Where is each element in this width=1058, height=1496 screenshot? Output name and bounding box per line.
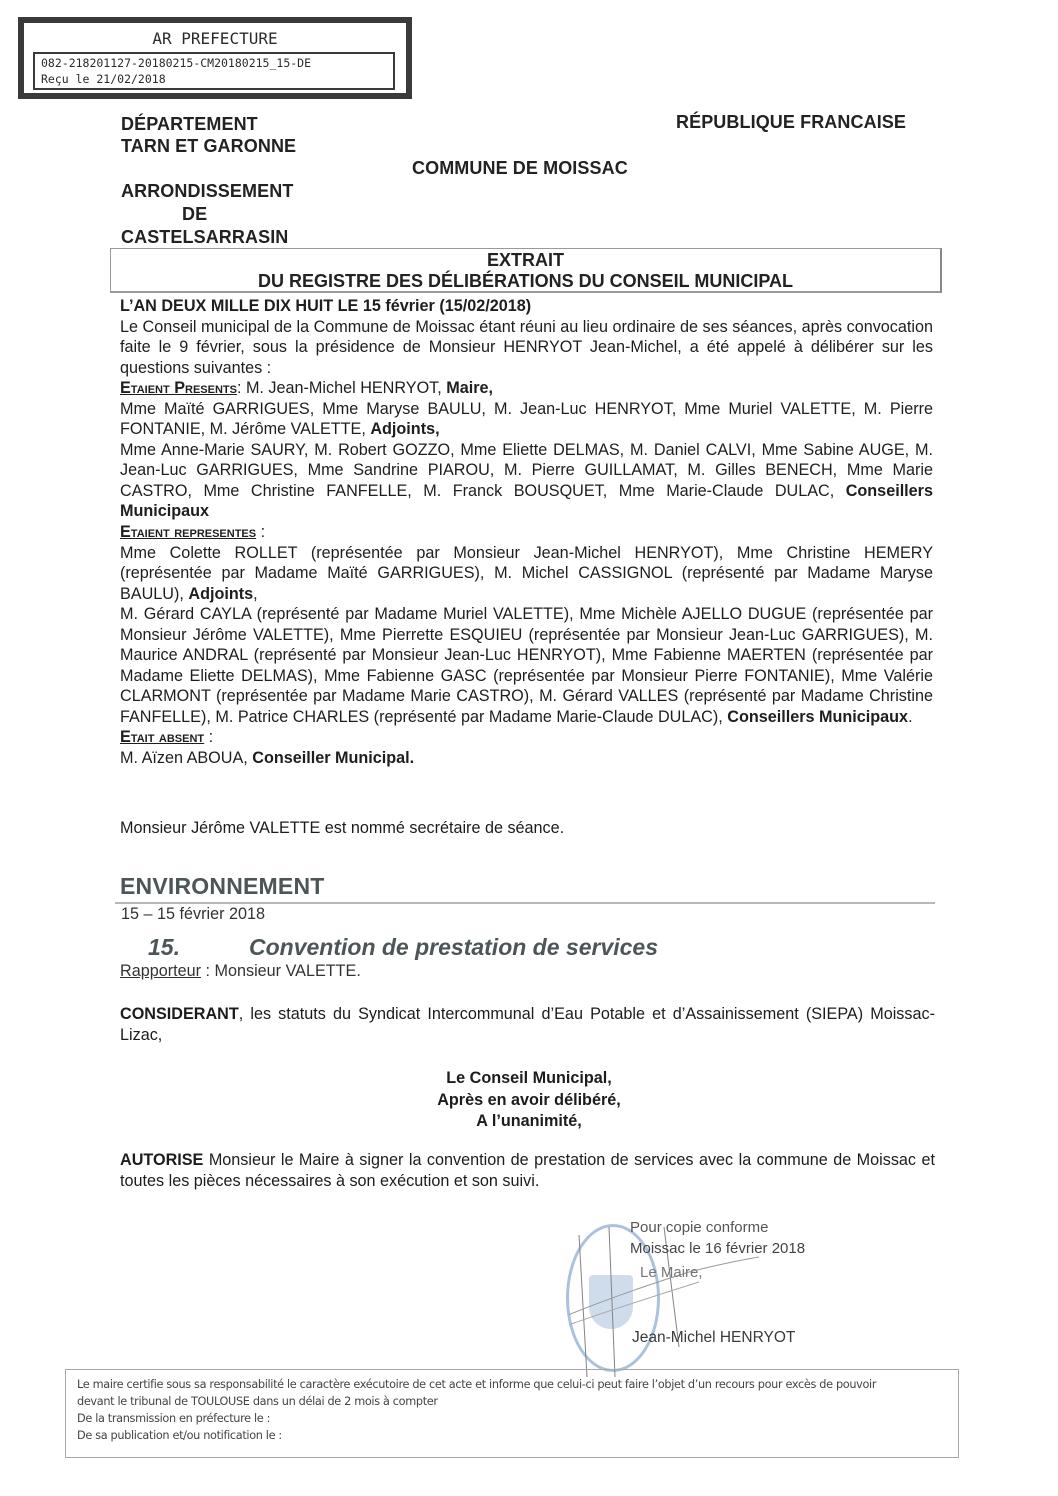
absent-label: Etait absent bbox=[120, 728, 204, 746]
absent-member: M. Aïzen ABOUA, Conseiller Municipal. bbox=[120, 748, 933, 769]
deliberation-line3: A l’unanimité, bbox=[0, 1111, 1058, 1133]
representes-label: Etaient representes bbox=[120, 523, 256, 541]
stamp-title: AR PREFECTURE bbox=[24, 29, 406, 48]
deliberation-line1: Le Conseil Municipal, bbox=[0, 1068, 1058, 1090]
presents-maire: Etaient Presents: M. Jean-Michel HENRYOT… bbox=[120, 378, 933, 399]
autorise-paragraph: AUTORISE Monsieur le Maire à signer la c… bbox=[120, 1150, 935, 1192]
extrait-title-box: EXTRAIT DU REGISTRE DES DÉLIBÉRATIONS DU… bbox=[110, 248, 942, 293]
signature-block: Pour copie conforme Moissac le 16 févrie… bbox=[630, 1217, 805, 1259]
stamp-received-date: Reçu le 21/02/2018 bbox=[41, 71, 393, 87]
representes-heading: Etaient representes : bbox=[120, 522, 933, 543]
arrondissement-name: CASTELSARRASIN bbox=[121, 226, 288, 248]
arrondissement-label: ARRONDISSEMENT bbox=[121, 180, 293, 202]
deliberation-block: Le Conseil Municipal, Après en avoir dél… bbox=[0, 1068, 1058, 1133]
absent-heading: Etait absent : bbox=[120, 727, 933, 748]
legal-notice-box: Le maire certifie sous sa responsabilité… bbox=[65, 1369, 959, 1458]
legal-line2: devant le tribunal de TOULOUSE dans un d… bbox=[77, 1393, 958, 1410]
legal-line3: De la transmission en préfecture le : bbox=[77, 1410, 958, 1427]
representes-adjoints: Mme Colette ROLLET (représentée par Mons… bbox=[120, 543, 933, 605]
session-body: L’AN DEUX MILLE DIX HUIT LE 15 février (… bbox=[120, 296, 933, 769]
signature-date: Moissac le 16 février 2018 bbox=[630, 1238, 805, 1259]
extrait-line1: EXTRAIT bbox=[111, 250, 940, 271]
arrondissement-de: DE bbox=[182, 203, 207, 225]
signature-title: Le Maire, bbox=[640, 1264, 703, 1281]
section-date: 15 – 15 février 2018 bbox=[121, 905, 265, 924]
section-divider bbox=[115, 902, 935, 904]
stamp-reference: 082-218201127-20180215-CM20180215_15-DE bbox=[41, 55, 393, 71]
extrait-line2: DU REGISTRE DES DÉLIBÉRATIONS DU CONSEIL… bbox=[111, 271, 940, 292]
rapporteur-label: Rapporteur bbox=[120, 962, 201, 980]
item-number: 15. bbox=[148, 934, 180, 961]
ar-prefecture-stamp: AR PREFECTURE 082-218201127-20180215-CM2… bbox=[18, 17, 412, 99]
considerant-keyword: CONSIDERANT bbox=[120, 1005, 239, 1023]
secretaire-line: Monsieur Jérôme VALETTE est nommé secrét… bbox=[120, 819, 564, 838]
presents-adjoints: Mme Maïté GARRIGUES, Mme Maryse BAULU, M… bbox=[120, 399, 933, 440]
stamp-reference-box: 082-218201127-20180215-CM20180215_15-DE … bbox=[33, 52, 395, 90]
rapporteur-value: : Monsieur VALETTE. bbox=[201, 962, 361, 980]
autorise-keyword: AUTORISE bbox=[120, 1151, 203, 1169]
presents-label: Etaient Presents bbox=[120, 379, 237, 397]
signature-name: Jean-Michel HENRYOT bbox=[632, 1329, 795, 1347]
legal-line1: Le maire certifie sous sa responsabilité… bbox=[77, 1376, 958, 1393]
departement-name: TARN ET GARONNE bbox=[121, 135, 296, 157]
presents-conseillers: Mme Anne-Marie SAURY, M. Robert GOZZO, M… bbox=[120, 440, 933, 522]
legal-line4: De sa publication et/ou notification le … bbox=[77, 1427, 958, 1444]
republique-label: RÉPUBLIQUE FRANCAISE bbox=[676, 111, 906, 133]
considerant-paragraph: CONSIDERANT, les statuts du Syndicat Int… bbox=[120, 1004, 935, 1046]
item-title: Convention de prestation de services bbox=[249, 934, 658, 961]
session-date: L’AN DEUX MILLE DIX HUIT LE 15 février (… bbox=[120, 296, 933, 317]
departement-label: DÉPARTEMENT bbox=[121, 113, 296, 135]
session-intro: Le Conseil municipal de la Commune de Mo… bbox=[120, 317, 933, 379]
representes-conseillers: M. Gérard CAYLA (représenté par Madame M… bbox=[120, 604, 933, 727]
rapporteur-line: Rapporteur : Monsieur VALETTE. bbox=[120, 962, 361, 981]
copie-conforme: Pour copie conforme bbox=[630, 1217, 805, 1238]
departement-block: DÉPARTEMENT TARN ET GARONNE bbox=[121, 113, 296, 157]
deliberation-line2: Après en avoir délibéré, bbox=[0, 1090, 1058, 1112]
commune-label: COMMUNE DE MOISSAC bbox=[412, 157, 628, 179]
section-title: ENVIRONNEMENT bbox=[120, 873, 325, 900]
